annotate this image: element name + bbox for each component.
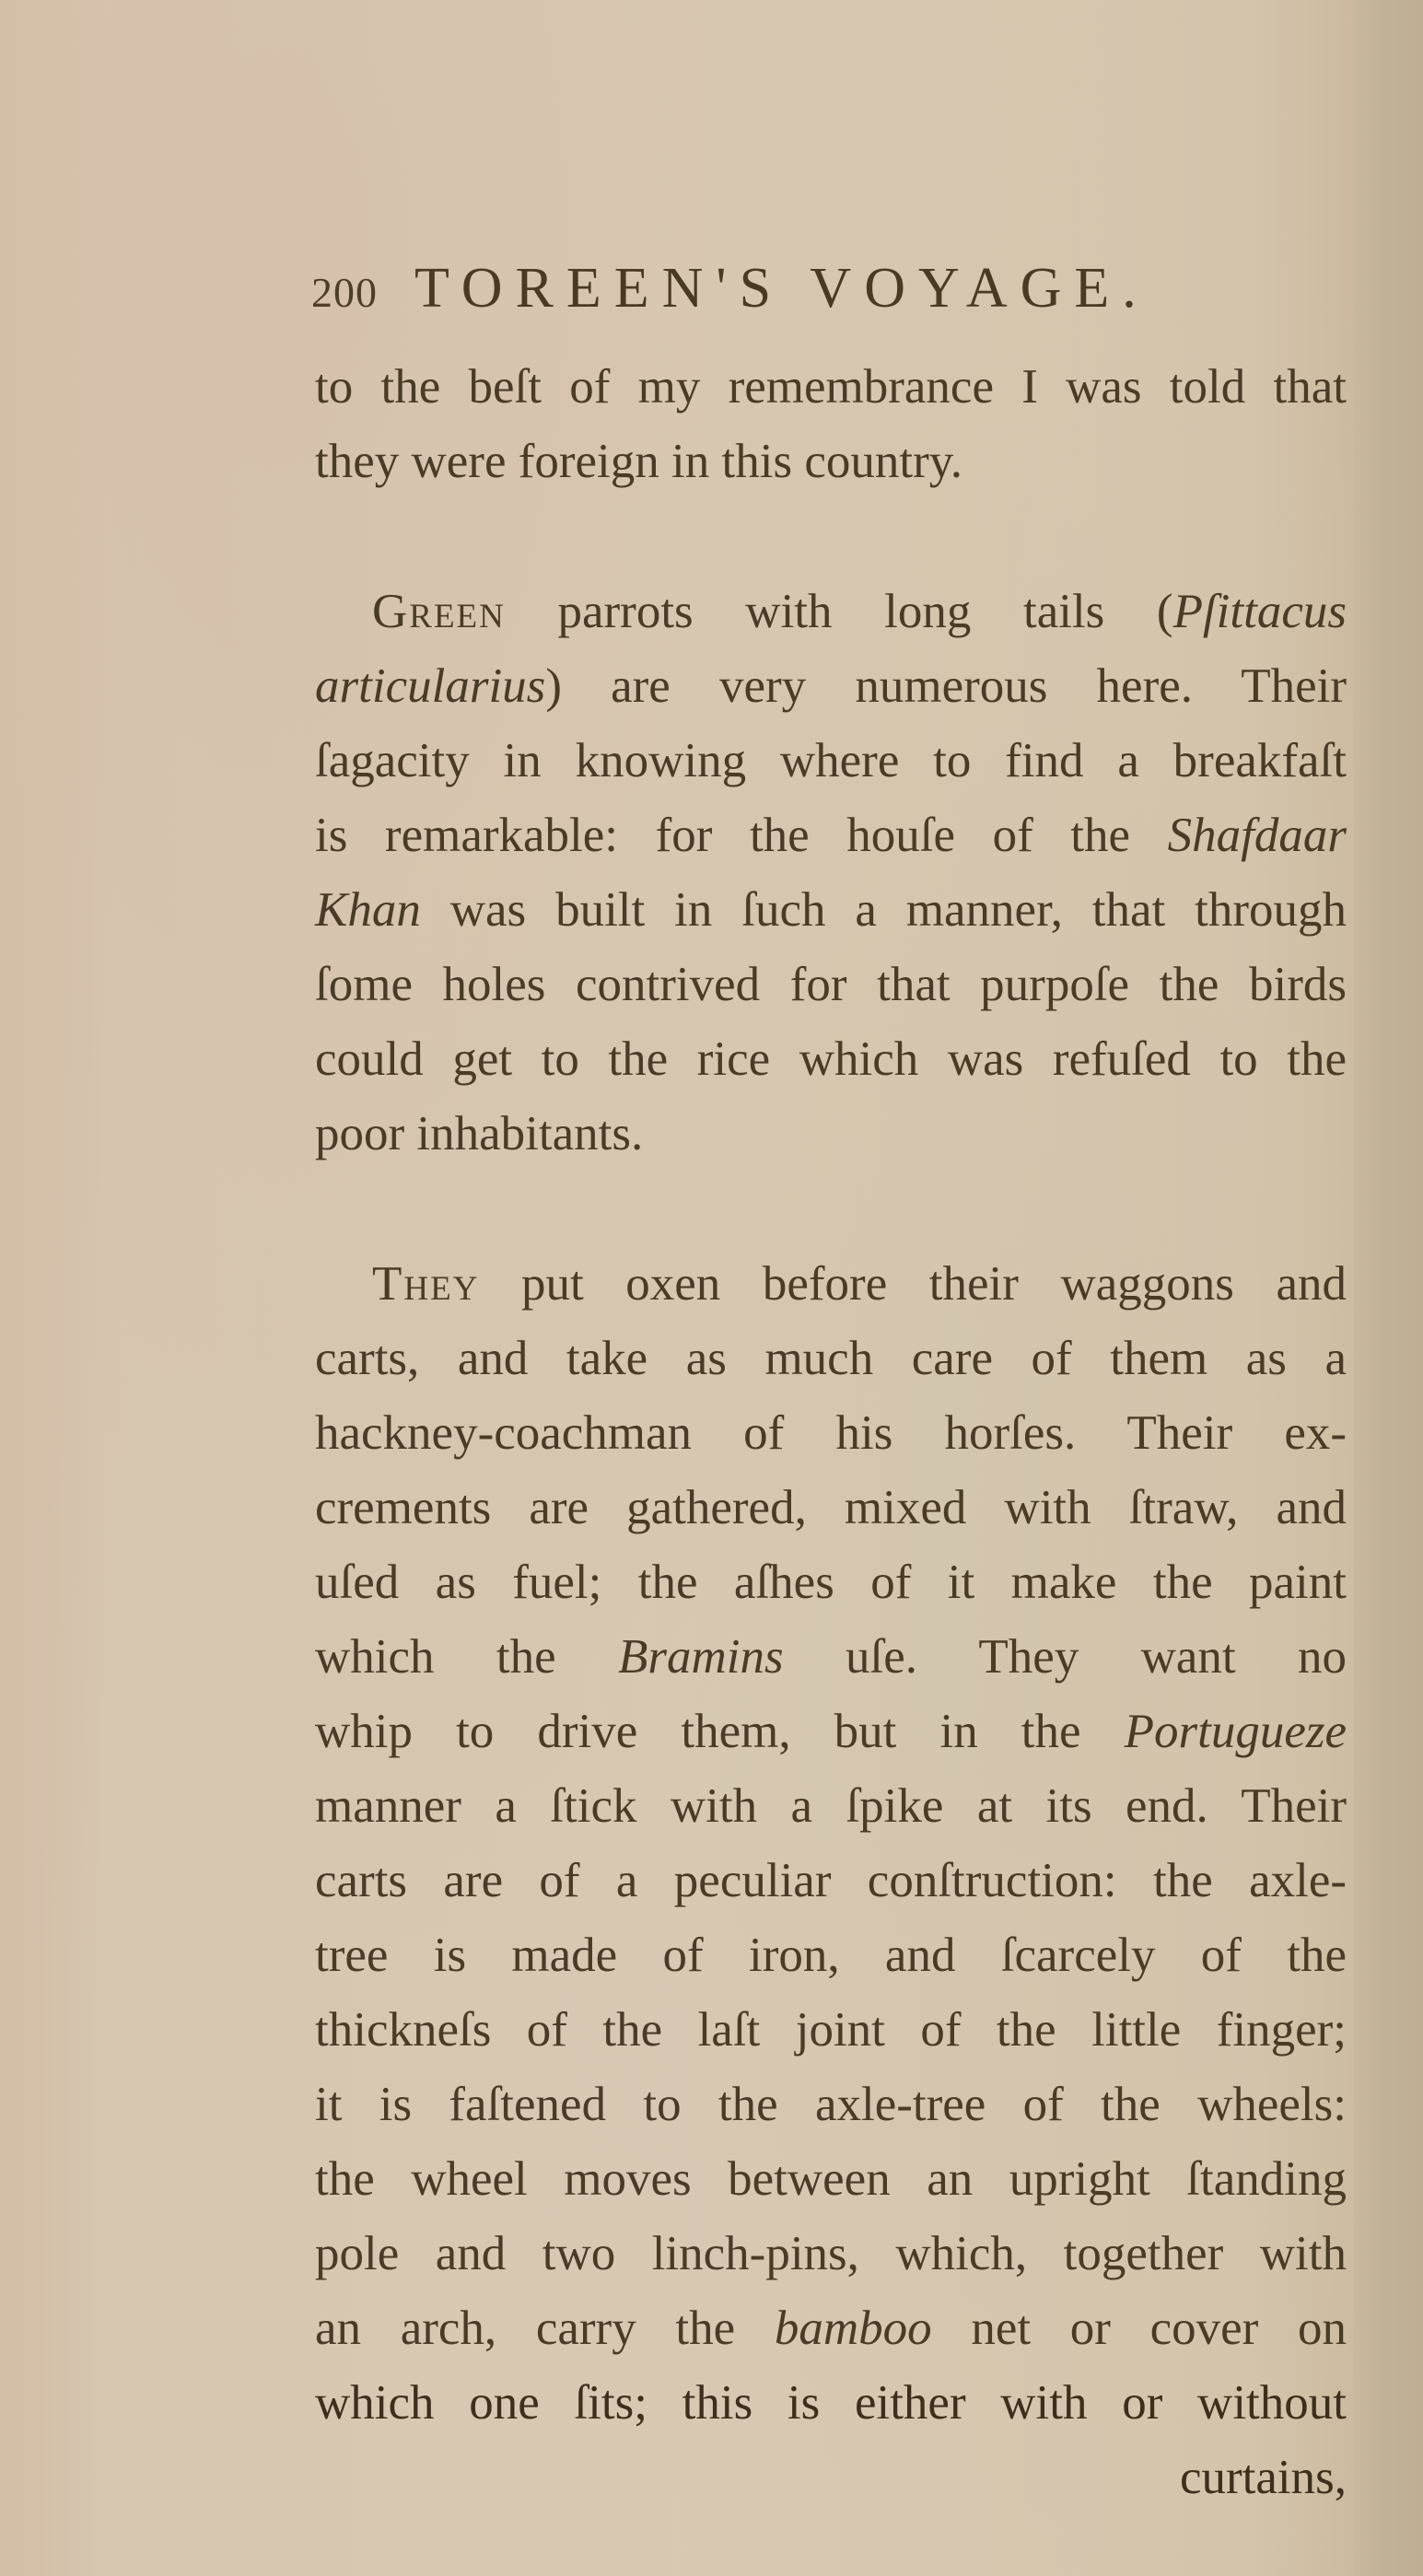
text-line: it is faſtened to the axle-tree of the w… <box>315 2068 1347 2142</box>
text-line: which the Bramins uſe. They want no <box>315 1620 1347 1695</box>
text-line: hackney-coachman of his horſes. Their ex… <box>315 1396 1347 1471</box>
text-line: they were foreign in this country. <box>315 425 1347 499</box>
italic-term: bamboo <box>775 2302 932 2355</box>
paragraph-green-parrots: Green parrots with long tails (Pſittacus… <box>315 575 1347 1171</box>
text-line: to the beſt of my remembrance I was told… <box>315 350 1347 425</box>
text-line: whip to drive them, but in the Portuguez… <box>315 1695 1347 1769</box>
text-line: uſed as fuel; the aſhes of it make the p… <box>315 1545 1347 1620</box>
text-line: Green parrots with long tails (Pſittacus <box>315 575 1347 649</box>
italic-term: Pſittacus <box>1173 585 1347 638</box>
italic-term: Portugueze <box>1125 1705 1347 1758</box>
text-line: pole and two linch-pins, which, together… <box>315 2217 1347 2291</box>
running-title: TOREEN'S VOYAGE. <box>414 256 1149 321</box>
text-line: an arch, carry the bamboo net or cover o… <box>315 2291 1347 2366</box>
text-line: crements are gathered, mixed with ſtraw,… <box>315 1471 1347 1545</box>
text-line: which one ſits; this is either with or w… <box>315 2366 1347 2441</box>
text-line: They put oxen before their waggons and <box>315 1247 1347 1322</box>
text-line: Khan was built in ſuch a manner, that th… <box>315 873 1347 948</box>
text-line: carts are of a peculiar conſtruction: th… <box>315 1844 1347 1918</box>
text-line: articularius) are very numerous here. Th… <box>315 649 1347 724</box>
page-number: 200 <box>311 268 378 317</box>
paragraph-continuation: to the beſt of my remembrance I was told… <box>315 350 1347 499</box>
running-header: 200 TOREEN'S VOYAGE. <box>311 256 1352 311</box>
text-line: is remarkable: for the houſe of the Shaf… <box>315 798 1347 873</box>
italic-term: Shafdaar <box>1168 809 1347 862</box>
catchword: curtains, <box>315 2441 1347 2515</box>
italic-term: articularius <box>315 659 545 713</box>
text-line: ſome holes contrived for that purpoſe th… <box>315 948 1347 1022</box>
italic-term: Khan <box>315 883 421 937</box>
italic-term: Bramins <box>618 1630 784 1684</box>
lead-word: Green <box>372 585 506 638</box>
lead-word: They <box>372 1257 479 1311</box>
text-line: ſagacity in knowing where to find a brea… <box>315 724 1347 798</box>
text-line: thickneſs of the laſt joint of the littl… <box>315 1993 1347 2068</box>
text-line: poor inhabitants. <box>315 1097 1347 1171</box>
text-line: could get to the rice which was refuſed … <box>315 1022 1347 1097</box>
text-line: tree is made of iron, and ſcarcely of th… <box>315 1918 1347 1993</box>
page-binding-edge <box>1354 0 1423 2576</box>
text-line: the wheel moves between an upright ſtand… <box>315 2142 1347 2217</box>
body-text: to the beſt of my remembrance I was told… <box>315 350 1347 2515</box>
text-line: manner a ſtick with a ſpike at its end. … <box>315 1769 1347 1844</box>
text-line: carts, and take as much care of them as … <box>315 1322 1347 1396</box>
paragraph-oxen-carts: They put oxen before their waggons and c… <box>315 1247 1347 2441</box>
